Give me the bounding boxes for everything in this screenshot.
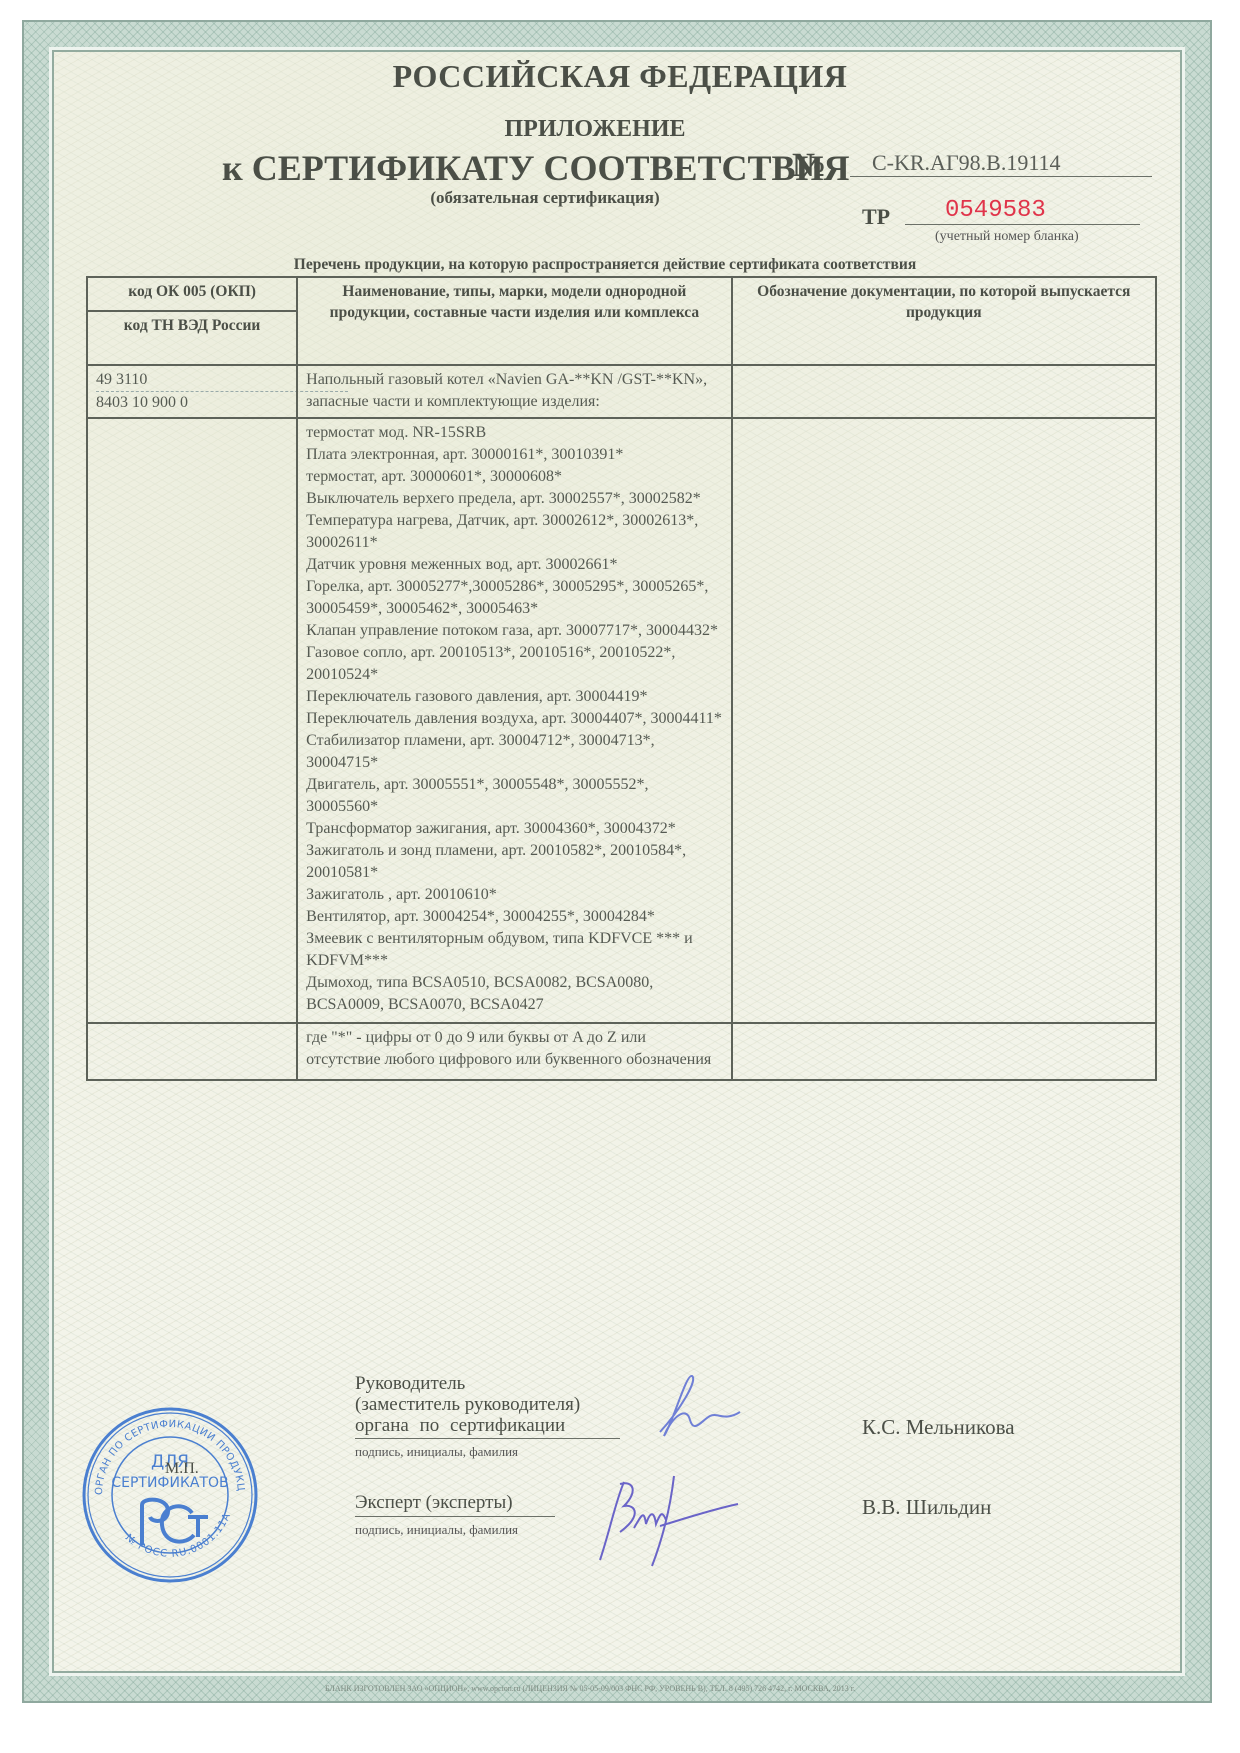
table-row: 49 31108403 10 900 0Напольный газовый ко… — [87, 365, 1156, 418]
number-sign: № — [792, 147, 826, 185]
annex-title: ПРИЛОЖЕНИЕ — [0, 116, 1190, 143]
form-number-caption: (учетный номер бланка) — [935, 229, 1079, 245]
product-item: Горелка, арт. 30005277*,30005286*, 30005… — [306, 576, 722, 620]
product-item: Двигатель, арт. 30005551*, 30005548*, 30… — [306, 774, 722, 818]
header-product-name: Наименование, типы, марки, модели одноро… — [297, 277, 731, 365]
product-list-title: Перечень продукции, на которую распростр… — [0, 256, 1210, 274]
product-item: термостат мод. NR-15SRB — [306, 422, 722, 444]
header-code-tnved: код ТН ВЭД России — [87, 311, 297, 365]
tp-label: ТР — [862, 204, 890, 230]
expert-signature — [590, 1470, 740, 1570]
product-name-cell: Напольный газовый котел «Navien GA-**KN … — [297, 365, 731, 418]
head-title: Руководитель (заместитель руководителя) … — [355, 1373, 580, 1436]
product-item: Переключатель давления воздуха, арт. 300… — [306, 708, 722, 730]
head-signature-caption: подпись, инициалы, фамилия — [355, 1438, 620, 1462]
product-item: Плата электронная, арт. 30000161*, 30010… — [306, 444, 722, 466]
expert-name: В.В. Шильдин — [862, 1497, 991, 1518]
product-name-cell: где "*" - цифры от 0 до 9 или буквы от A… — [297, 1023, 731, 1080]
head-title-line-3: органа по сертификации — [355, 1415, 580, 1436]
header-documentation: Обозначение документации, по которой вып… — [732, 277, 1156, 365]
header-code-okp: код ОК 005 (ОКП) — [87, 277, 297, 311]
expert-title: Эксперт (эксперты) — [355, 1492, 513, 1513]
product-item: Зажигатоль и зонд пламени, арт. 20010582… — [306, 840, 722, 884]
seal-place-label: М.П. — [165, 1460, 199, 1478]
product-item: Дымоход, типа BCSA0510, BCSA0082, BCSA00… — [306, 972, 722, 1016]
documentation-cell — [732, 1023, 1156, 1080]
product-item: Трансформатор зажигания, арт. 30004360*,… — [306, 818, 722, 840]
product-item: термостат, арт. 30000601*, 30000608* — [306, 466, 722, 488]
product-item: Переключатель газового давления, арт. 30… — [306, 686, 722, 708]
certificate-number: C-KR.АГ98.В.19114 — [850, 150, 1152, 177]
certificate-title: к СЕРТИФИКАТУ СООТВЕТСТВИЯ — [222, 147, 850, 189]
form-printer-info: БЛАНК ИЗГОТОВЛЕН ЗАО «ОПЦИОН», www.opcio… — [325, 1684, 1185, 1693]
product-item: Стабилизатор пламени, арт. 30004712*, 30… — [306, 730, 722, 774]
product-name-cell: термостат мод. NR-15SRBПлата электронная… — [297, 418, 731, 1023]
products-table: код ОК 005 (ОКП) Наименование, типы, мар… — [86, 276, 1157, 1081]
product-item: Датчик уровня меженных вод, арт. 3000266… — [306, 554, 722, 576]
table-row: где "*" - цифры от 0 до 9 или буквы от A… — [87, 1023, 1156, 1080]
product-item: Змеевик с вентиляторным обдувом, типа KD… — [306, 928, 722, 972]
product-item: Вентилятор, арт. 30004254*, 30004255*, 3… — [306, 906, 722, 928]
head-signature — [640, 1370, 760, 1450]
product-code: 8403 10 900 0 — [96, 392, 288, 414]
head-name: К.С. Мельникова — [862, 1417, 1015, 1438]
product-item: Зажигатоль , арт. 20010610* — [306, 884, 722, 906]
certification-stamp: ОРГАН ПО СЕРТИФИКАЦИИ ПРОДУКЦИИ ООО «Юре… — [80, 1405, 260, 1585]
documentation-cell — [732, 365, 1156, 418]
product-item: Выключатель верхего предела, арт. 300025… — [306, 488, 722, 510]
head-title-line-1: Руководитель — [355, 1373, 580, 1394]
product-codes-cell — [87, 418, 297, 1023]
product-item: где "*" - цифры от 0 до 9 или буквы от A… — [306, 1027, 722, 1071]
table-row: термостат мод. NR-15SRBПлата электронная… — [87, 418, 1156, 1023]
form-number: 0549583 — [905, 197, 1140, 225]
documentation-cell — [732, 418, 1156, 1023]
product-item: Газовое сопло, арт. 20010513*, 20010516*… — [306, 642, 722, 686]
table-header-row: код ОК 005 (ОКП) Наименование, типы, мар… — [87, 277, 1156, 311]
product-codes-cell: 49 31108403 10 900 0 — [87, 365, 297, 418]
product-codes-cell — [87, 1023, 297, 1080]
product-item: Клапан управление потоком газа, арт. 300… — [306, 620, 722, 642]
expert-signature-caption: подпись, инициалы, фамилия — [355, 1516, 555, 1540]
country-title: РОССИЙСКАЯ ФЕДЕРАЦИЯ — [0, 58, 1240, 95]
head-title-line-2: (заместитель руководителя) — [355, 1394, 580, 1415]
product-item: Температура нагрева, Датчик, арт. 300026… — [306, 510, 722, 554]
product-item: Напольный газовый котел «Navien GA-**KN … — [306, 369, 722, 413]
